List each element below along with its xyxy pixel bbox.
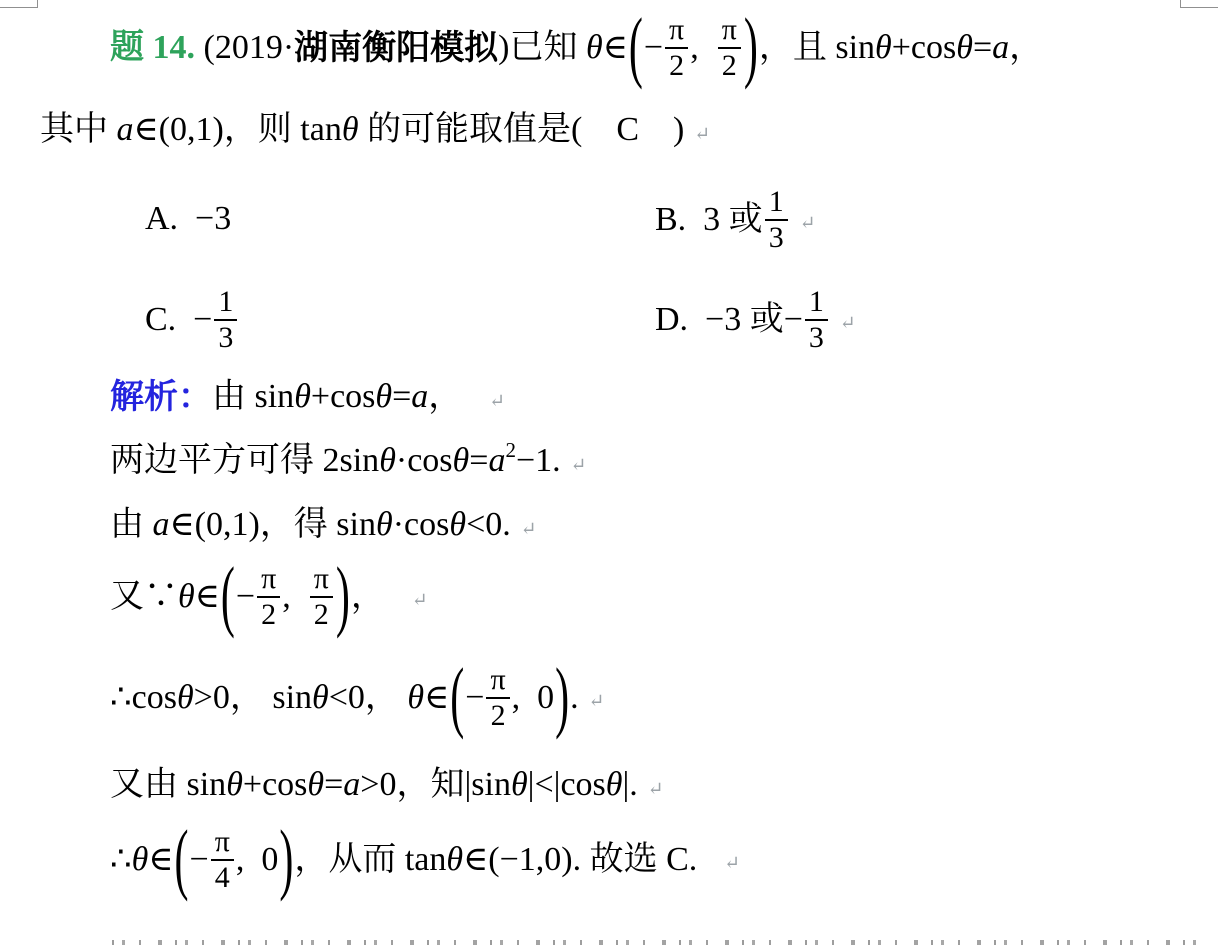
- text-run: +cos: [892, 31, 957, 65]
- math-variable: θ: [453, 444, 470, 478]
- text-run: =: [324, 768, 343, 802]
- text-run: , 0: [236, 843, 279, 877]
- fraction: π2: [665, 14, 688, 81]
- document-page: 题 14. (2019·湖南衡阳模拟)已知 θ∈(−π2, π2)，且 sinθ…: [0, 0, 1218, 946]
- text-run: >0， sin: [194, 681, 312, 715]
- text-run: >0，知|sin: [360, 768, 511, 802]
- big-open-paren: (: [450, 658, 464, 738]
- math-variable: θ: [294, 380, 311, 414]
- solution-line-6: 又由 sinθ+cosθ=a>0，知|sinθ|<|cosθ|.↵: [110, 768, 664, 802]
- text-run: −: [644, 31, 663, 65]
- paragraph-mark-icon: ↵: [489, 392, 505, 411]
- option-b: B. 3 或13↵: [655, 186, 816, 253]
- math-variable: θ: [178, 580, 195, 614]
- fraction: π2: [486, 664, 509, 731]
- math-variable: θ: [177, 681, 194, 715]
- text-run: ∴: [110, 843, 132, 877]
- big-close-paren: ): [279, 820, 293, 900]
- text-run: 由 sin: [212, 380, 294, 414]
- text-run: 又由 sin: [110, 768, 226, 802]
- fraction-numerator: π: [665, 14, 688, 49]
- math-variable: θ: [312, 681, 329, 715]
- fraction-numerator: 1: [765, 186, 788, 221]
- fraction-numerator: 1: [214, 286, 237, 321]
- math-variable: θ: [956, 31, 973, 65]
- fraction: π4: [211, 826, 234, 893]
- text-run: 的可能取值是( C ): [359, 113, 685, 147]
- big-close-paren: ): [555, 658, 569, 738]
- paragraph-mark-icon: ↵: [521, 520, 537, 539]
- text-run: ∈: [424, 681, 449, 715]
- text-run: ,: [282, 580, 308, 614]
- text-run: 由: [110, 508, 153, 542]
- fraction-numerator: π: [718, 14, 741, 49]
- text-run: (2019·: [195, 31, 294, 65]
- fraction-denominator: 2: [491, 699, 506, 731]
- math-variable: θ: [586, 31, 603, 65]
- text-run: ∈: [148, 843, 173, 877]
- text-run: =: [469, 444, 488, 478]
- big-close-paren: ): [336, 557, 350, 637]
- text-run: 又∵: [110, 580, 178, 614]
- fraction: π2: [718, 14, 741, 81]
- text-run: <0，: [329, 681, 408, 715]
- option-c: C. −13: [145, 286, 239, 353]
- option-a: A. −3: [145, 202, 231, 236]
- text-run: =: [973, 31, 992, 65]
- option-d: D. −3 或−13↵: [655, 286, 856, 353]
- text-run: |<|cos: [528, 768, 606, 802]
- fraction: π2: [310, 563, 333, 630]
- text-run: ,: [690, 31, 716, 65]
- next-line-cutoff-text: [112, 940, 1207, 945]
- problem-number-label: 题 14.: [110, 31, 195, 65]
- paragraph-mark-icon: ↵: [724, 854, 740, 873]
- text-run: A. −3: [145, 202, 231, 236]
- math-variable: θ: [407, 681, 424, 715]
- math-variable: θ: [132, 843, 149, 877]
- fraction-denominator: 2: [669, 49, 684, 81]
- solution-line-4: 又∵θ∈(−π2, π2)， ↵: [110, 563, 428, 630]
- text-run: <0.: [466, 508, 511, 542]
- math-variable: θ: [511, 768, 528, 802]
- solution-line-5: ∴cosθ>0， sinθ<0， θ∈(−π2, 0).↵: [110, 664, 605, 731]
- fraction-denominator: 2: [261, 598, 276, 630]
- math-variable: θ: [307, 768, 324, 802]
- text-run: −1.: [516, 444, 561, 478]
- paragraph-mark-icon: ↵: [694, 125, 710, 144]
- fraction-denominator: 2: [314, 598, 329, 630]
- superscript: 2: [505, 440, 516, 461]
- paragraph-mark-icon: ↵: [840, 314, 856, 333]
- text-run: .: [570, 681, 579, 715]
- text-run: 两边平方可得 2sin: [110, 444, 379, 478]
- math-variable: θ: [449, 508, 466, 542]
- solution-line-7: ∴θ∈(−π4, 0)，从而 tanθ∈(−1,0). 故选 C. ↵: [110, 826, 740, 893]
- big-open-paren: (: [629, 8, 643, 88]
- text-run: ∈: [603, 31, 628, 65]
- text-run: +cos: [311, 380, 376, 414]
- paragraph-mark-icon: ↵: [412, 591, 428, 610]
- math-variable: a: [488, 444, 505, 478]
- question-line-1: 题 14. (2019·湖南衡阳模拟)已知 θ∈(−π2, π2)，且 sinθ…: [110, 14, 1043, 81]
- fraction: 13: [214, 286, 237, 353]
- text-run: , 0: [512, 681, 555, 715]
- big-open-paren: (: [221, 557, 235, 637]
- paragraph-mark-icon: ↵: [648, 780, 664, 799]
- fraction-denominator: 4: [215, 861, 230, 893]
- fraction: 13: [805, 286, 828, 353]
- text-run: D. −3 或−: [655, 303, 803, 337]
- fraction: π2: [257, 563, 280, 630]
- fraction-denominator: 2: [722, 49, 737, 81]
- big-open-paren: (: [175, 820, 189, 900]
- page-corner-mark-left: [0, 0, 38, 8]
- text-run: ，且 sin: [759, 31, 875, 65]
- text-run: ∈: [195, 580, 220, 614]
- text-run: )已知: [498, 31, 586, 65]
- math-variable: a: [343, 768, 360, 802]
- bold-sans-run: 湖南衡阳模拟: [294, 31, 498, 65]
- text-run: ·cos: [396, 444, 453, 478]
- math-variable: a: [411, 380, 428, 414]
- math-variable: θ: [875, 31, 892, 65]
- text-run: ，从而 tan: [294, 843, 446, 877]
- math-variable: θ: [375, 380, 392, 414]
- fraction-denominator: 3: [218, 321, 233, 353]
- math-variable: a: [992, 31, 1009, 65]
- text-run: =: [392, 380, 411, 414]
- text-run: ∈(−1,0). 故选 C.: [463, 843, 714, 877]
- math-variable: θ: [446, 843, 463, 877]
- text-run: 其中: [40, 113, 117, 147]
- math-variable: θ: [379, 444, 396, 478]
- math-variable: θ: [342, 113, 359, 147]
- paragraph-mark-icon: ↵: [571, 456, 587, 475]
- math-variable: θ: [376, 508, 393, 542]
- fraction-denominator: 3: [769, 221, 784, 253]
- fraction-numerator: π: [486, 664, 509, 699]
- big-close-paren: ): [744, 8, 758, 88]
- text-run: −: [236, 580, 255, 614]
- solution-line-3: 由 a∈(0,1)，得 sinθ·cosθ<0.↵: [110, 508, 537, 542]
- text-run: −: [465, 681, 484, 715]
- text-run: ∈(0,1)，则 tan: [134, 113, 342, 147]
- text-run: ，: [428, 380, 479, 414]
- text-run: ∴cos: [110, 681, 177, 715]
- text-run: ，: [351, 580, 402, 614]
- text-run: −: [190, 843, 209, 877]
- fraction-denominator: 3: [809, 321, 824, 353]
- math-variable: θ: [606, 768, 623, 802]
- paragraph-mark-icon: ↵: [589, 692, 605, 711]
- text-run: ∈(0,1)，得 sin: [170, 508, 377, 542]
- fraction: 13: [765, 186, 788, 253]
- solution-line-1: 解析：由 sinθ+cosθ=a， ↵: [110, 380, 505, 414]
- fraction-numerator: π: [211, 826, 234, 861]
- fraction-numerator: π: [257, 563, 280, 598]
- text-run: C. −: [145, 303, 212, 337]
- text-run: |.: [622, 768, 637, 802]
- paragraph-mark-icon: ↵: [800, 214, 816, 233]
- question-line-2: 其中 a∈(0,1)，则 tanθ 的可能取值是( C )↵: [40, 113, 710, 147]
- text-run: +cos: [243, 768, 308, 802]
- math-variable: a: [117, 113, 134, 147]
- math-variable: a: [153, 508, 170, 542]
- text-run: B. 3 或: [655, 203, 763, 237]
- solution-line-2: 两边平方可得 2sinθ·cosθ=a2−1.↵: [110, 444, 587, 478]
- solution-label: 解析：: [110, 380, 212, 414]
- page-corner-mark-right: [1180, 0, 1218, 8]
- fraction-numerator: π: [310, 563, 333, 598]
- fraction-numerator: 1: [805, 286, 828, 321]
- math-variable: θ: [226, 768, 243, 802]
- text-run: ·cos: [393, 508, 450, 542]
- text-run: ，: [1009, 31, 1043, 65]
